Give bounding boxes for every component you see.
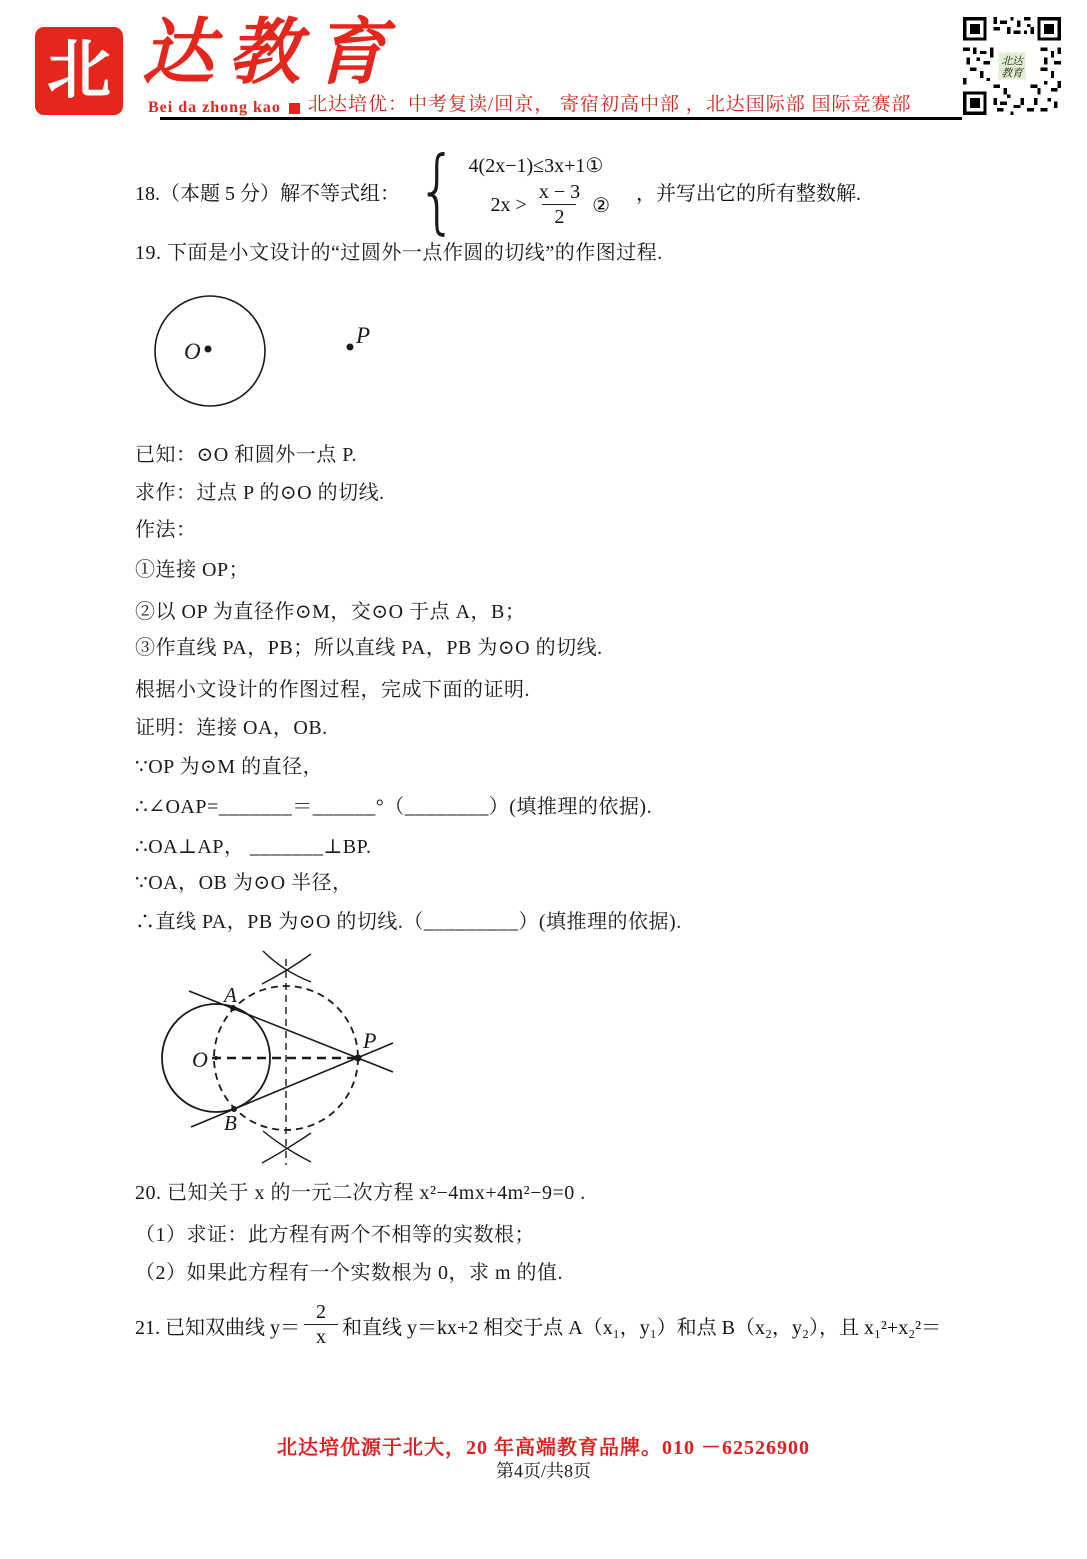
figure-circle-and-point: O P [150, 283, 440, 423]
hyperbola-fraction: 2 x [304, 1301, 338, 1349]
red-square-icon [289, 103, 300, 114]
problem-21-prefix: 21. 已知双曲线 y＝ [135, 1311, 300, 1340]
problem-20-title: 20. 已知关于 x 的一元二次方程 x²−4mx+4m²−9=0 . [135, 1180, 586, 1206]
hyperbola-fraction-numerator: 2 [310, 1301, 332, 1324]
fig2-label-p: P [362, 1028, 376, 1053]
header-banner: 北达培优：中考复读/回京， 寄宿初高中部 ，北达国际部 国际竞赛部 [308, 89, 912, 116]
brace-symbol: { [417, 148, 458, 234]
p19-proof-line3: ∵OA，OB 为⊙O 半径， [135, 870, 353, 896]
problem-20-part1: （1）求证：此方程有两个不相等的实数根； [135, 1222, 535, 1248]
problem-18-suffix: ，并写出它的所有整数解. [636, 177, 861, 206]
qr-badge-line2: 教育 [1001, 66, 1025, 79]
problem-18: 18.（本题 5 分）解不等式组： { 4(2x−1)≤3x+1① 2x > x… [135, 148, 861, 234]
figure-tangent-construction: A B O P [150, 945, 490, 1180]
qr-badge-line1: 北达 [1001, 54, 1024, 67]
p19-proof-blank3: ∴直线 PA，PB 为⊙O 的切线.（_________）(填推理的依据). [135, 909, 682, 935]
problem-21-suffix: 和直线 y＝kx+2 相交于点 A（x₁，y₁）和点 B（x₂，y₂），且 x₁… [342, 1311, 941, 1340]
fraction: x − 3 2 [533, 181, 586, 229]
hyperbola-fraction-denominator: x [304, 1324, 338, 1349]
problem-21: 21. 已知双曲线 y＝ 2 x 和直线 y＝kx+2 相交于点 A（x₁，y₁… [135, 1297, 941, 1353]
exam-page: 北 达教育 Bei da zhong kao 北达培优：中考复读/回京， 寄宿初… [0, 0, 1087, 1559]
inequality-2-left: 2x > [491, 194, 527, 217]
p19-proof-blank1: ∴∠OAP=_______＝______°（________）(填推理的依据). [135, 794, 652, 820]
p19-proof-start: 证明：连接 OA，OB. [135, 715, 328, 741]
p19-step-2: ②以 OP 为直径作⊙M，交⊙O 于点 A，B； [135, 599, 525, 625]
p19-line-complete: 根据小文设计的作图过程，完成下面的证明. [135, 677, 530, 703]
fig1-label-o: O [184, 339, 201, 364]
fig1-label-p: P [355, 323, 370, 348]
logo-calligraphy: 达教育 [142, 14, 400, 93]
inequality-1: 4(2x−1)≤3x+1① [469, 153, 611, 178]
problem-19-title: 19. 下面是小文设计的“过圆外一点作圆的切线”的作图过程. [135, 240, 663, 266]
inequality-2-mark: ② [592, 193, 610, 218]
fig2-label-b: B [224, 1111, 237, 1135]
inequality-2: 2x > x − 3 2 ② [469, 181, 611, 229]
p19-step-3: ③作直线 PA，PB；所以直线 PA，PB 为⊙O 的切线. [135, 635, 603, 661]
fraction-denominator: 2 [542, 204, 576, 229]
fig2-label-o: O [192, 1047, 208, 1072]
p19-proof-blank2: ∴OA⊥AP， _______⊥BP. [135, 834, 372, 860]
problem-18-prefix: 18.（本题 5 分）解不等式组： [135, 177, 400, 206]
logo-subtitle-text: Bei da zhong kao [148, 99, 281, 117]
p19-line-method: 作法： [135, 517, 197, 543]
p19-proof-line1: ∵OP 为⊙M 的直径， [135, 754, 323, 780]
footer-slogan: 北达培优源于北大，20 年高端教育品牌。010 －62526900 [0, 1431, 1087, 1460]
logo-seal: 北 [32, 24, 126, 118]
header-divider [160, 117, 962, 120]
p19-line-required: 求作：过点 P 的⊙O 的切线. [135, 480, 385, 506]
fig2-label-a: A [222, 983, 237, 1007]
logo-seal-character: 北 [47, 39, 111, 103]
p19-line-given: 已知：⊙O 和圆外一点 P. [135, 442, 357, 468]
fraction-numerator: x − 3 [533, 181, 586, 204]
footer-page-number: 第4页/共8页 [0, 1457, 1087, 1483]
inequality-system: 4(2x−1)≤3x+1① 2x > x − 3 2 ② [469, 153, 611, 229]
problem-20-part2: （2）如果此方程有一个实数根为 0，求 m 的值. [135, 1260, 563, 1286]
logo-subtitle: Bei da zhong kao [148, 99, 300, 117]
qr-code: 北达 教育 [963, 17, 1061, 115]
p19-step-1: ①连接 OP； [135, 557, 249, 583]
